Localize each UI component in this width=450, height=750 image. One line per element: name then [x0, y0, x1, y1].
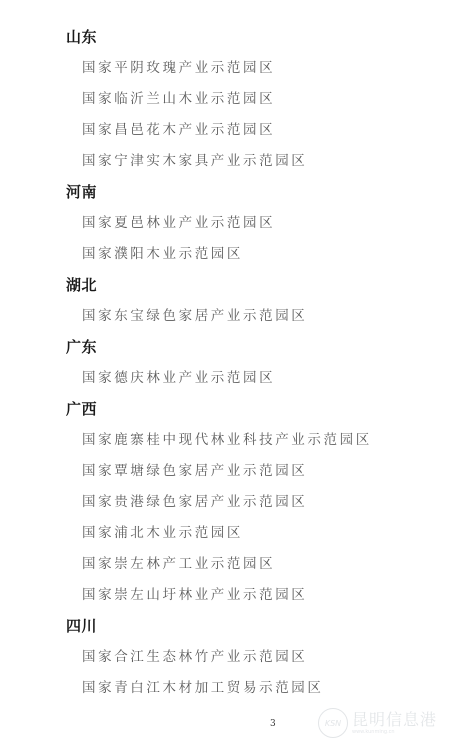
park-item: 国家临沂兰山木业示范园区 — [66, 89, 426, 120]
watermark: KSN 昆明信息港 www.kunming.cn — [318, 708, 437, 738]
region-heading: 河南 — [66, 182, 426, 213]
park-item: 国家崇左林产工业示范园区 — [66, 554, 426, 585]
watermark-sub: www.kunming.cn — [352, 729, 437, 736]
park-item: 国家合江生态林竹产业示范园区 — [66, 647, 426, 678]
region-heading: 广西 — [66, 399, 426, 430]
watermark-text: 昆明信息港 www.kunming.cn — [352, 711, 437, 736]
document-page: 山东 国家平阴玫瑰产业示范园区 国家临沂兰山木业示范园区 国家昌邑花木产业示范园… — [0, 0, 450, 750]
region-heading: 湖北 — [66, 275, 426, 306]
watermark-logo-icon: KSN — [318, 708, 348, 738]
park-list: 山东 国家平阴玫瑰产业示范园区 国家临沂兰山木业示范园区 国家昌邑花木产业示范园… — [66, 27, 426, 709]
region-heading: 广东 — [66, 337, 426, 368]
park-item: 国家平阴玫瑰产业示范园区 — [66, 58, 426, 89]
region-section-hubei: 湖北 国家东宝绿色家居产业示范园区 — [66, 275, 426, 337]
region-section-henan: 河南 国家夏邑林业产业示范园区 国家濮阳木业示范园区 — [66, 182, 426, 275]
park-item: 国家覃塘绿色家居产业示范园区 — [66, 461, 426, 492]
park-item: 国家濮阳木业示范园区 — [66, 244, 426, 275]
park-item: 国家夏邑林业产业示范园区 — [66, 213, 426, 244]
park-item: 国家宁津实木家具产业示范园区 — [66, 151, 426, 182]
region-section-guangxi: 广西 国家鹿寨桂中现代林业科技产业示范园区 国家覃塘绿色家居产业示范园区 国家贵… — [66, 399, 426, 616]
region-heading: 四川 — [66, 616, 426, 647]
watermark-name: 昆明信息港 — [352, 711, 437, 729]
park-item: 国家青白江木材加工贸易示范园区 — [66, 678, 426, 709]
park-item: 国家浦北木业示范园区 — [66, 523, 426, 554]
park-item: 国家崇左山圩林业产业示范园区 — [66, 585, 426, 616]
region-heading: 山东 — [66, 27, 426, 58]
park-item: 国家东宝绿色家居产业示范园区 — [66, 306, 426, 337]
park-item: 国家昌邑花木产业示范园区 — [66, 120, 426, 151]
region-section-shandong: 山东 国家平阴玫瑰产业示范园区 国家临沂兰山木业示范园区 国家昌邑花木产业示范园… — [66, 27, 426, 182]
page-number: 3 — [270, 719, 276, 729]
park-item: 国家贵港绿色家居产业示范园区 — [66, 492, 426, 523]
park-item: 国家德庆林业产业示范园区 — [66, 368, 426, 399]
region-section-guangdong: 广东 国家德庆林业产业示范园区 — [66, 337, 426, 399]
park-item: 国家鹿寨桂中现代林业科技产业示范园区 — [66, 430, 426, 461]
region-section-sichuan: 四川 国家合江生态林竹产业示范园区 国家青白江木材加工贸易示范园区 — [66, 616, 426, 709]
